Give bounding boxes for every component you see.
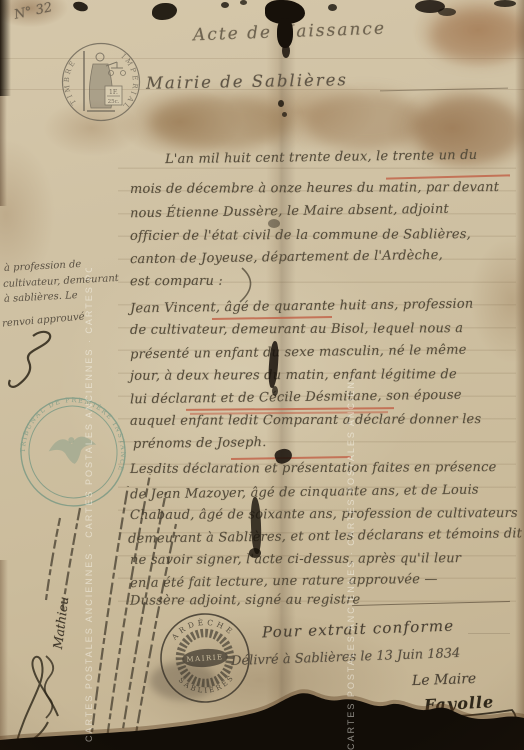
body-line: en a été fait lecture, une rature approu… [130, 572, 438, 591]
margin-note: à sablières. Le [4, 290, 78, 305]
stain [430, 8, 524, 63]
red-underline-mark [186, 407, 394, 410]
body-line: présenté un enfant du sexe masculin, né … [130, 343, 467, 363]
svg-text:TIMBRE: TIMBRE [63, 58, 78, 106]
denomination-top: 1F. [109, 89, 118, 96]
body-line: lui déclarant et de Cécile Désmitane, so… [130, 388, 462, 408]
ink-smudge [268, 219, 280, 228]
body-line: nous Étienne Dussère, le Maire absent, a… [130, 202, 449, 221]
body-line: officier de l'état civil de la commune d… [130, 227, 471, 244]
ink-blot [221, 2, 229, 8]
denomination-bottom: 25c. [108, 99, 120, 105]
ink-dot [278, 100, 284, 107]
body-line: Lesdits déclaration et présentation fait… [130, 460, 497, 477]
body-line: de cultivateur, demeurant au Bisol, lequ… [130, 321, 463, 338]
office-name: Mairie de Sablières [146, 70, 348, 93]
ink-dot [272, 386, 278, 396]
body-line: Dussère adjoint, signé au registre [130, 592, 360, 608]
body-line: mois de décembre à onze heures du matin,… [130, 180, 499, 197]
figure-head-icon [96, 53, 104, 61]
svg-text:IMPÉRIAL: IMPÉRIAL [120, 52, 141, 111]
ink-streak [250, 497, 262, 554]
body-line: demeurant à Sablières, et ont les déclar… [128, 526, 522, 547]
comparu-flourish [240, 268, 251, 302]
certified-copy-line: Pour extrait conforme [262, 617, 455, 642]
body-line: canton de Joyeuse, département de l'Ardè… [130, 248, 443, 267]
ink-blot [240, 0, 247, 5]
ink-blot [282, 44, 290, 58]
body-line: Jean Vincent, âgé de quarante huit ans, … [130, 297, 474, 317]
stain [305, 92, 425, 150]
ink-blot [438, 8, 456, 16]
margin-note: à profession de [4, 259, 82, 274]
red-underline-mark [212, 316, 332, 320]
certify-rule [468, 633, 510, 634]
margin-signature: Mathieu [50, 596, 71, 650]
scale-pan-icon [121, 71, 126, 76]
body-line: Chabaud, âgé de soixante ans, profession… [130, 506, 518, 523]
ink-blot [328, 4, 337, 11]
body-line: prénoms de Joseph. [133, 435, 267, 452]
ink-blot [494, 0, 516, 7]
document-photo: TIMBRE IMPÉRIAL 1F. 25c. TRIBUNAL DE PRE [0, 0, 524, 750]
ink-dot [249, 548, 261, 558]
stamp-text-left: TIMBRE [63, 58, 78, 106]
body-line: de Jean Mazoyer, âgé de cinquante ans, e… [130, 483, 479, 503]
body-line: ne savoir signer, l'acte ci-dessus, aprè… [130, 551, 461, 568]
burned-bottom-edge [0, 688, 524, 750]
body-line: auquel enfant ledit Comparant a déclaré … [130, 412, 481, 429]
registre-rule [352, 601, 510, 606]
body-line: est comparu : [130, 274, 223, 289]
dark-right-edge [515, 0, 524, 750]
paraph-flourish [9, 332, 50, 387]
ink-dot [282, 112, 287, 117]
red-underline-mark [386, 174, 510, 179]
margin-note: renvoi approuvé [2, 311, 85, 329]
stamp-text-right: IMPÉRIAL [120, 52, 141, 111]
signer-title: Le Maire [412, 671, 477, 689]
margin-note: cultivateur, demeurant [3, 273, 119, 290]
body-line: jour, à deux heures du matin, enfant lég… [130, 367, 457, 384]
body-line: L'an mil huit cent trente deux, le trent… [165, 148, 477, 167]
